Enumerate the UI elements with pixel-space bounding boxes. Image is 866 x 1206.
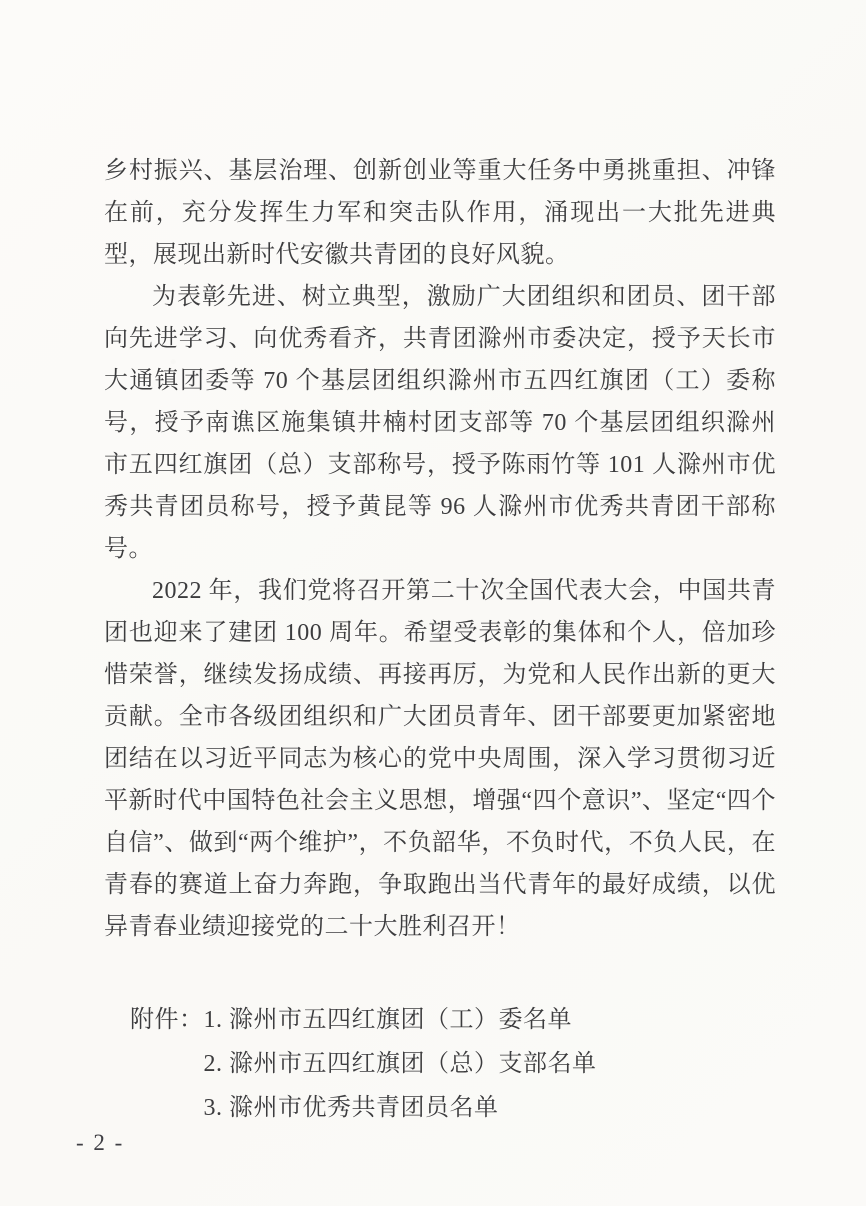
document-body: 乡村振兴、基层治理、创新创业等重大任务中勇挑重担、冲锋在前，充分发挥生力军和突击… (104, 150, 776, 1130)
page-number: - 2 - (76, 1130, 124, 1156)
attachment-item-2: 2. 滁州市五四红旗团（总）支部名单 (204, 1042, 597, 1086)
body-paragraph-continuation: 乡村振兴、基层治理、创新创业等重大任务中勇挑重担、冲锋在前，充分发挥生力军和突击… (104, 150, 776, 276)
body-paragraph-commendation: 为表彰先进、树立典型，激励广大团组织和团员、团干部向先进学习、向优秀看齐，共青团… (104, 276, 776, 570)
attachment-item-3: 3. 滁州市优秀共青团员名单 (204, 1086, 597, 1130)
attachments-block: 附件： 1. 滁州市五四红旗团（工）委名单 2. 滁州市五四红旗团（总）支部名单… (104, 998, 776, 1130)
attachments-list: 1. 滁州市五四红旗团（工）委名单 2. 滁州市五四红旗团（总）支部名单 3. … (204, 998, 597, 1130)
attachment-item-1: 1. 滁州市五四红旗团（工）委名单 (204, 998, 597, 1042)
attachments-label: 附件： (130, 998, 204, 1130)
scanned-document-page: 乡村振兴、基层治理、创新创业等重大任务中勇挑重担、冲锋在前，充分发挥生力军和突击… (0, 0, 866, 1206)
body-paragraph-outlook: 2022 年，我们党将召开第二十次全国代表大会，中国共青团也迎来了建团 100 … (104, 570, 776, 948)
